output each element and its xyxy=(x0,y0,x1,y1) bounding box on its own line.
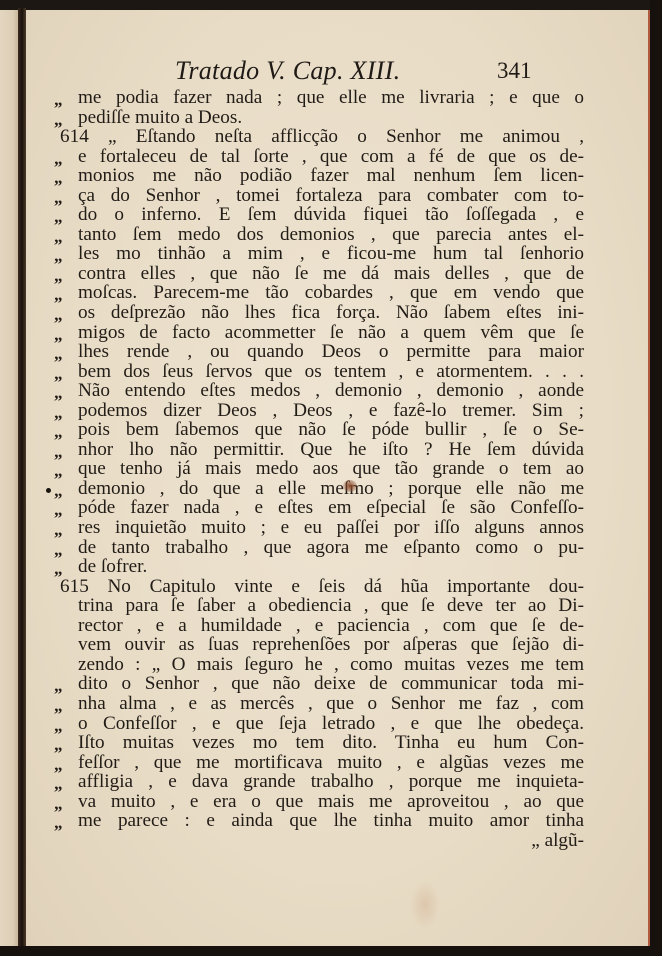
catchword-line: „ algũ- xyxy=(54,831,594,851)
line-text: monios me não podião fazer mal nenhum ſe… xyxy=(78,166,584,186)
line-text: que tenho já mais medo aos que tão grand… xyxy=(78,459,584,479)
text-line: „feſſor , que me mortificava muito , e a… xyxy=(54,753,594,773)
line-text: me parece : e ainda que lhe tinha muito … xyxy=(78,811,584,831)
line-text: demonio , do que a elle meſmo ; porque e… xyxy=(78,479,584,499)
line-text: feſſor , que me mortificava muito , e al… xyxy=(78,753,584,773)
line-text: affligia , e dava grande trabalho , porq… xyxy=(78,772,584,792)
page-header: Tratado V. Cap. XIII. 341 xyxy=(175,56,555,86)
line-text: póde fazer nada , e eſtes em eſpecial ſe… xyxy=(78,498,584,518)
line-text: vem ouvir as ſuas reprehenſões por aſper… xyxy=(78,635,584,655)
text-line: „demonio , do que a elle meſmo ; porque … xyxy=(54,479,594,499)
line-text: bem dos ſeus ſervos que os tentem , e at… xyxy=(78,362,584,382)
text-line: „contra elles , que não ſe me dá mais de… xyxy=(54,264,594,284)
line-text: Iſto muitas vezes mo tem dito. Tinha eu … xyxy=(78,733,584,753)
text-line: „bem dos ſeus ſervos que os tentem , e a… xyxy=(54,362,594,382)
text-line: „Iſto muitas vezes mo tem dito. Tinha eu… xyxy=(54,733,594,753)
text-line: „de ſofrer. xyxy=(54,557,594,577)
text-line: „affligia , e dava grande trabalho , por… xyxy=(54,772,594,792)
line-text: 614 „ Eſtando neſta afflicção o Senhor m… xyxy=(60,127,584,147)
text-line: „lhes rende , ou quando Deos o permitte … xyxy=(54,342,594,362)
line-text: contra elles , que não ſe me dá mais del… xyxy=(78,264,584,284)
line-text: o Confeſſor , e que ſeja letrado , e que… xyxy=(78,714,584,734)
text-line: „me parece : e ainda que lhe tinha muito… xyxy=(54,811,594,831)
line-text: va muito , e era o que mais me aproveito… xyxy=(78,792,584,812)
line-text: res inquietão muito ; e eu paſſei por iſ… xyxy=(78,518,584,538)
text-line: „nha alma , e as mercês , que o Senhor m… xyxy=(54,694,594,714)
line-text: podemos dizer Deos , Deos , e fazê-lo tr… xyxy=(78,401,584,421)
scan-top-edge xyxy=(0,0,662,10)
line-text: nhor lho não permittir. Que he iſto ? He… xyxy=(78,440,584,460)
text-line: „dito o Senhor , que não deixe de commun… xyxy=(54,674,594,694)
text-line: „póde fazer nada , e eſtes em eſpecial ſ… xyxy=(54,498,594,518)
text-line: vem ouvir as ſuas reprehenſões por aſper… xyxy=(54,635,594,655)
text-line: rector , e a humildade , e paciencia , c… xyxy=(54,616,594,636)
line-text: rector , e a humildade , e paciencia , c… xyxy=(78,616,584,636)
page-number: 341 xyxy=(497,58,532,84)
line-text: 615 No Capitulo vinte e ſeis dá hũa impo… xyxy=(60,577,584,597)
foxing-stain xyxy=(410,880,440,930)
text-line: „do o inferno. E ſem dúvida fiquei tão ſ… xyxy=(54,205,594,225)
line-text: nha alma , e as mercês , que o Senhor me… xyxy=(78,694,584,714)
text-line: „ça do Senhor , tomei fortaleza para com… xyxy=(54,186,594,206)
line-text: me podia fazer nada ; que elle me livrar… xyxy=(78,88,584,108)
text-line: „pediſſe muito a Deos. xyxy=(54,108,594,128)
text-line: „va muito , e era o que mais me aproveit… xyxy=(54,792,594,812)
line-text: Não entendo eſtes medos , demonio , demo… xyxy=(78,381,584,401)
text-line: zendo : „ O mais ſeguro he , como muitas… xyxy=(54,655,594,675)
catchword: „ algũ- xyxy=(78,831,584,851)
ink-stain xyxy=(343,480,357,492)
line-text: moſcas. Parecem-me tão cobardes , que em… xyxy=(78,283,584,303)
text-line: „que tenho já mais medo aos que tão gran… xyxy=(54,459,594,479)
binding-gutter xyxy=(18,8,26,956)
paragraph-615-start: 615 No Capitulo vinte e ſeis dá hũa impo… xyxy=(54,577,594,597)
paragraph-614-start: 614 „ Eſtando neſta afflicção o Senhor m… xyxy=(54,127,594,147)
text-line: „de tanto trabalho , que agora me eſpant… xyxy=(54,538,594,558)
line-text: pediſſe muito a Deos. xyxy=(78,108,584,128)
scan-bottom-edge xyxy=(0,946,662,956)
text-line: „e fortaleceu de tal ſorte , que com a f… xyxy=(54,147,594,167)
line-text: pois bem ſabemos que não ſe póde bullir … xyxy=(78,420,584,440)
line-text: de ſofrer. xyxy=(78,557,584,577)
line-text: trina para ſe ſaber a obediencia , que ſ… xyxy=(78,596,584,616)
line-text: ça do Senhor , tomei fortaleza para comb… xyxy=(78,186,584,206)
line-text: dito o Senhor , que não deixe de communi… xyxy=(78,674,584,694)
text-line: „tanto ſem medo dos demonios , que parec… xyxy=(54,225,594,245)
facing-page-edge xyxy=(0,10,18,950)
line-text: tanto ſem medo dos demonios , que pareci… xyxy=(78,225,584,245)
text-line: „nhor lho não permittir. Que he iſto ? H… xyxy=(54,440,594,460)
text-line: „pois bem ſabemos que não ſe póde bullir… xyxy=(54,420,594,440)
text-line: „me podia fazer nada ; que elle me livra… xyxy=(54,88,594,108)
running-title: Tratado V. Cap. XIII. xyxy=(175,56,400,86)
text-line: „o Confeſſor , e que ſeja letrado , e qu… xyxy=(54,714,594,734)
text-line: „moſcas. Parecem-me tão cobardes , que e… xyxy=(54,283,594,303)
line-text: e fortaleceu de tal ſorte , que com a fé… xyxy=(78,147,584,167)
text-line: „les mo tinhão a mim , e ficou-me hum ta… xyxy=(54,244,594,264)
text-line: „os deſprezão não lhes fica força. Não ſ… xyxy=(54,303,594,323)
line-text: os deſprezão não lhes fica força. Não ſa… xyxy=(78,303,584,323)
text-line: „migos de facto acommetter ſe não a quem… xyxy=(54,323,594,343)
text-line: „res inquietão muito ; e eu paſſei por i… xyxy=(54,518,594,538)
line-text: migos de facto acommetter ſe não a quem … xyxy=(78,323,584,343)
line-text: do o inferno. E ſem dúvida fiquei tão ſo… xyxy=(78,205,584,225)
line-text: les mo tinhão a mim , e ficou-me hum tal… xyxy=(78,244,584,264)
line-text: lhes rende , ou quando Deos o permitte p… xyxy=(78,342,584,362)
line-text: zendo : „ O mais ſeguro he , como muitas… xyxy=(78,655,584,675)
text-line: „Não entendo eſtes medos , demonio , dem… xyxy=(54,381,594,401)
scan-right-edge xyxy=(650,0,662,956)
text-line: „monios me não podião fazer mal nenhum ſ… xyxy=(54,166,594,186)
text-line: „podemos dizer Deos , Deos , e fazê-lo t… xyxy=(54,401,594,421)
text-line: trina para ſe ſaber a obediencia , que ſ… xyxy=(54,596,594,616)
body-text: „me podia fazer nada ; que elle me livra… xyxy=(54,88,594,850)
line-text: de tanto trabalho , que agora me eſpanto… xyxy=(78,538,584,558)
margin-dot xyxy=(46,488,51,493)
